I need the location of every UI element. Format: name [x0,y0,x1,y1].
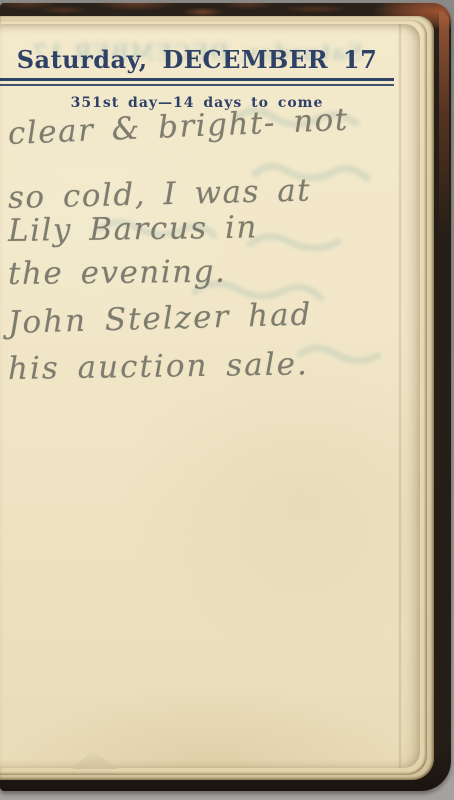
handwriting-line-4: the evening. [8,254,227,292]
handwriting-line-3: Lily Barcus in [8,210,258,249]
handwriting-line-5: John Stelzer had [7,297,312,341]
scan-backdrop: Saturday, DECEMBER 17 Saturday, DECEMBER… [0,0,454,800]
diary-page: Saturday, DECEMBER 17 Saturday, DECEMBER… [0,24,420,768]
page-crease [398,24,402,768]
handwriting-line-2: so cold, I was at [8,173,312,216]
handwriting-line-6: his auction sale. [8,346,309,387]
cover-worn-edge-right [439,11,449,241]
diary-entry: clear & bright- not so cold, I was at Li… [0,24,420,768]
diary-book-cover: Saturday, DECEMBER 17 Saturday, DECEMBER… [0,3,451,791]
handwriting-line-1: clear & bright- not [7,102,349,152]
